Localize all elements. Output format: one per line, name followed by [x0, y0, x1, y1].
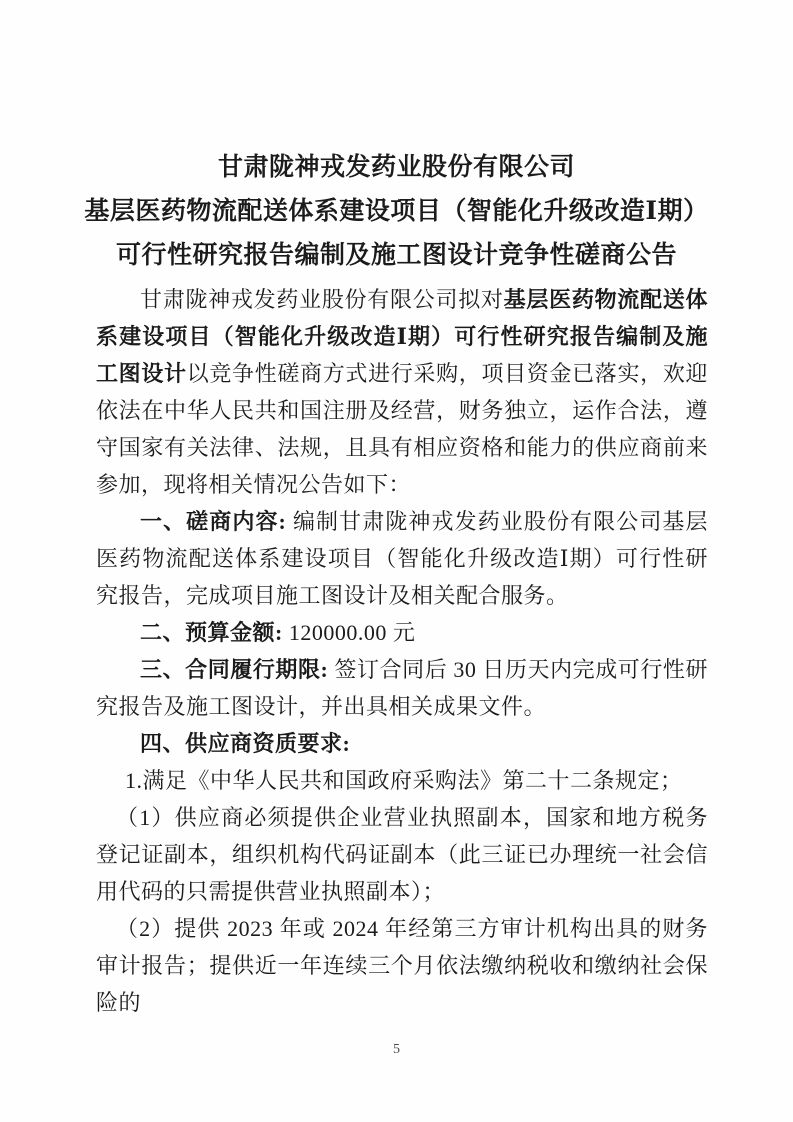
item-license-text: （1）供应商必须提供企业营业执照副本，国家和地方税务登记证副本，组织机构代码证副… — [96, 805, 708, 904]
budget-amount: 120000.00 元 — [289, 620, 416, 645]
heading-budget: 二、预算金额: — [140, 620, 289, 645]
heading-contract-period: 三、合同履行期限: — [140, 657, 334, 682]
document-title: 甘肃陇神戎发药业股份有限公司 基层医药物流配送体系建设项目（智能化升级改造Ⅰ期）… — [60, 146, 733, 278]
para-budget: 二、预算金额: 120000.00 元 — [96, 614, 708, 651]
title-line-project: 基层医药物流配送体系建设项目（智能化升级改造Ⅰ期） — [60, 190, 733, 234]
para-supplier-qualification: 四、供应商资质要求: — [96, 725, 708, 762]
heading-consultation-content: 一、磋商内容: — [140, 509, 293, 534]
item-law-text: 1.满足《中华人民共和国政府采购法》第二十二条规定； — [125, 768, 683, 793]
item-audit-text: （2）提供 2023 年或 2024 年经第三方审计机构出具的财务审计报告；提供… — [96, 916, 708, 1015]
document-page: 甘肃陇神戎发药业股份有限公司 基层医药物流配送体系建设项目（智能化升级改造Ⅰ期）… — [0, 0, 793, 1122]
title-line-company: 甘肃陇神戎发药业股份有限公司 — [60, 146, 733, 190]
para-contract-period: 三、合同履行期限: 签订合同后 30 日历天内完成可行性研究报告及施工图设计，并… — [96, 651, 708, 725]
document-body: 甘肃陇神戎发药业股份有限公司拟对基层医药物流配送体系建设项目（智能化升级改造Ⅰ期… — [96, 281, 708, 1021]
para-item-license: （1）供应商必须提供企业营业执照副本，国家和地方税务登记证副本，组织机构代码证副… — [96, 799, 708, 910]
intro-text-tail: 以竞争性磋商方式进行采购，项目资金已落实，欢迎依法在中华人民共和国注册及经营，财… — [96, 361, 708, 497]
title-line-announcement: 可行性研究报告编制及施工图设计竞争性磋商公告 — [60, 234, 733, 278]
para-item-law: 1.满足《中华人民共和国政府采购法》第二十二条规定； — [96, 762, 708, 799]
page-number: 5 — [0, 1042, 793, 1058]
para-item-audit: （2）提供 2023 年或 2024 年经第三方审计机构出具的财务审计报告；提供… — [96, 910, 708, 1021]
intro-text-lead: 甘肃陇神戎发药业股份有限公司拟对 — [140, 287, 504, 312]
heading-supplier-qualification: 四、供应商资质要求: — [140, 731, 350, 756]
para-intro: 甘肃陇神戎发药业股份有限公司拟对基层医药物流配送体系建设项目（智能化升级改造Ⅰ期… — [96, 281, 708, 503]
para-consultation-content: 一、磋商内容: 编制甘肃陇神戎发药业股份有限公司基层医药物流配送体系建设项目（智… — [96, 503, 708, 614]
